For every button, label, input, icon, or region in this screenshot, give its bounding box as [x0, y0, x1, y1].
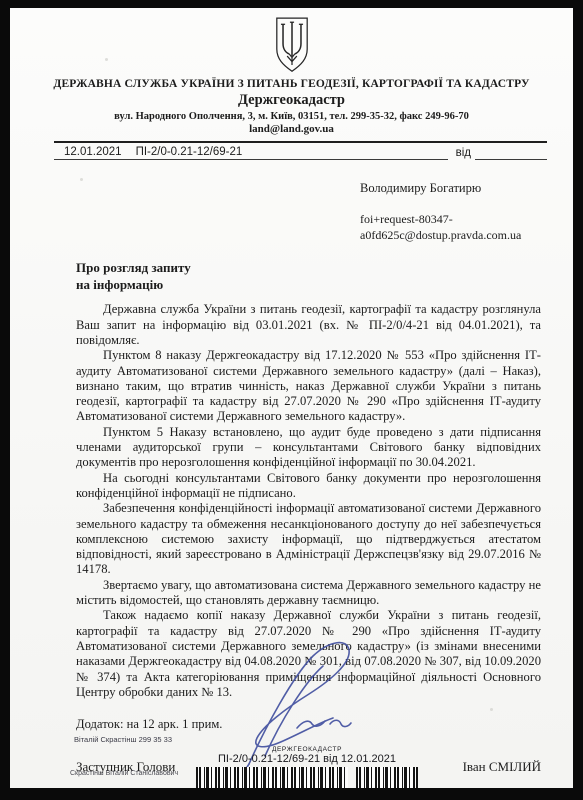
scan-speckle [490, 708, 493, 711]
recipient-email-line1: foi+request-80347- [360, 211, 553, 227]
scan-speckle [80, 178, 83, 181]
org-short-name: Держгеокадастр [10, 92, 573, 109]
executor-contact: Віталій Скрастінш 299 35 33 [74, 735, 172, 744]
scan-speckle [105, 58, 108, 61]
letterhead: ДЕРЖАВНА СЛУЖБА УКРАЇНИ З ПИТАНЬ ГЕОДЕЗІ… [10, 16, 573, 143]
stamp-reference: ПІ-2/0-0.21-12/69-21 від 12.01.2021 [182, 753, 432, 765]
body-paragraph: Пунктом 8 наказу Держгеокадастру від 17.… [76, 348, 541, 424]
body-paragraph: Також надаємо копії наказу Державної слу… [76, 608, 541, 700]
letter-body: Державна служба України з питань геодезі… [76, 302, 541, 700]
recipient-name: Володимиру Богатирю [360, 180, 553, 196]
scan-speckle [520, 478, 523, 481]
barcode-segment [356, 767, 418, 788]
ukraine-trident-emblem [10, 16, 573, 74]
org-email: land@land.gov.ua [10, 123, 573, 135]
header-divider [54, 141, 547, 143]
recipient-email-line2: a0fd625c@dostup.pravda.com.ua [360, 227, 553, 243]
barcode [182, 767, 432, 788]
reference-row: 12.01.2021 ПІ-2/0-0.21-12/69-21 від [54, 146, 547, 160]
org-address: вул. Народного Ополчення, 3, м. Київ, 03… [10, 111, 573, 122]
body-paragraph: Забезпечення конфіденційності інформації… [76, 501, 541, 577]
document-page: ДЕРЖАВНА СЛУЖБА УКРАЇНИ З ПИТАНЬ ГЕОДЕЗІ… [10, 8, 573, 788]
signer-name: Іван СМІЛИЙ [463, 759, 541, 775]
vid-label: від [448, 147, 475, 160]
subject-line2: на інформацію [76, 277, 573, 294]
recipient-block: Володимиру Богатирю foi+request-80347- a… [360, 180, 553, 244]
executor-fullname: Скрастінш Віталій Станіславович [70, 770, 178, 777]
subject-block: Про розгляд запиту на інформацію [76, 260, 573, 294]
subject-line1: Про розгляд запиту [76, 260, 573, 277]
stamp-org-name: ДЕРЖГЕОКАДАСТР [182, 746, 432, 753]
blank-line [475, 159, 547, 160]
body-paragraph: Пунктом 5 Наказу встановлено, що аудит б… [76, 425, 541, 471]
blank-line [246, 159, 447, 160]
attachment-line: Додаток: на 12 арк. 1 прим. [76, 717, 541, 732]
barcode-segment [196, 767, 348, 788]
body-paragraph: Звертаємо увагу, що автоматизована систе… [76, 578, 541, 609]
letter-number: ПІ-2/0-0.21-12/69-21 [130, 146, 247, 160]
registration-stamp: ДЕРЖГЕОКАДАСТР ПІ-2/0-0.21-12/69-21 від … [182, 746, 432, 788]
letter-date: 12.01.2021 [54, 146, 130, 160]
body-paragraph: На сьогодні консультантами Світового бан… [76, 471, 541, 502]
org-name: ДЕРЖАВНА СЛУЖБА УКРАЇНИ З ПИТАНЬ ГЕОДЕЗІ… [10, 78, 573, 90]
body-paragraph: Державна служба України з питань геодезі… [76, 302, 541, 348]
